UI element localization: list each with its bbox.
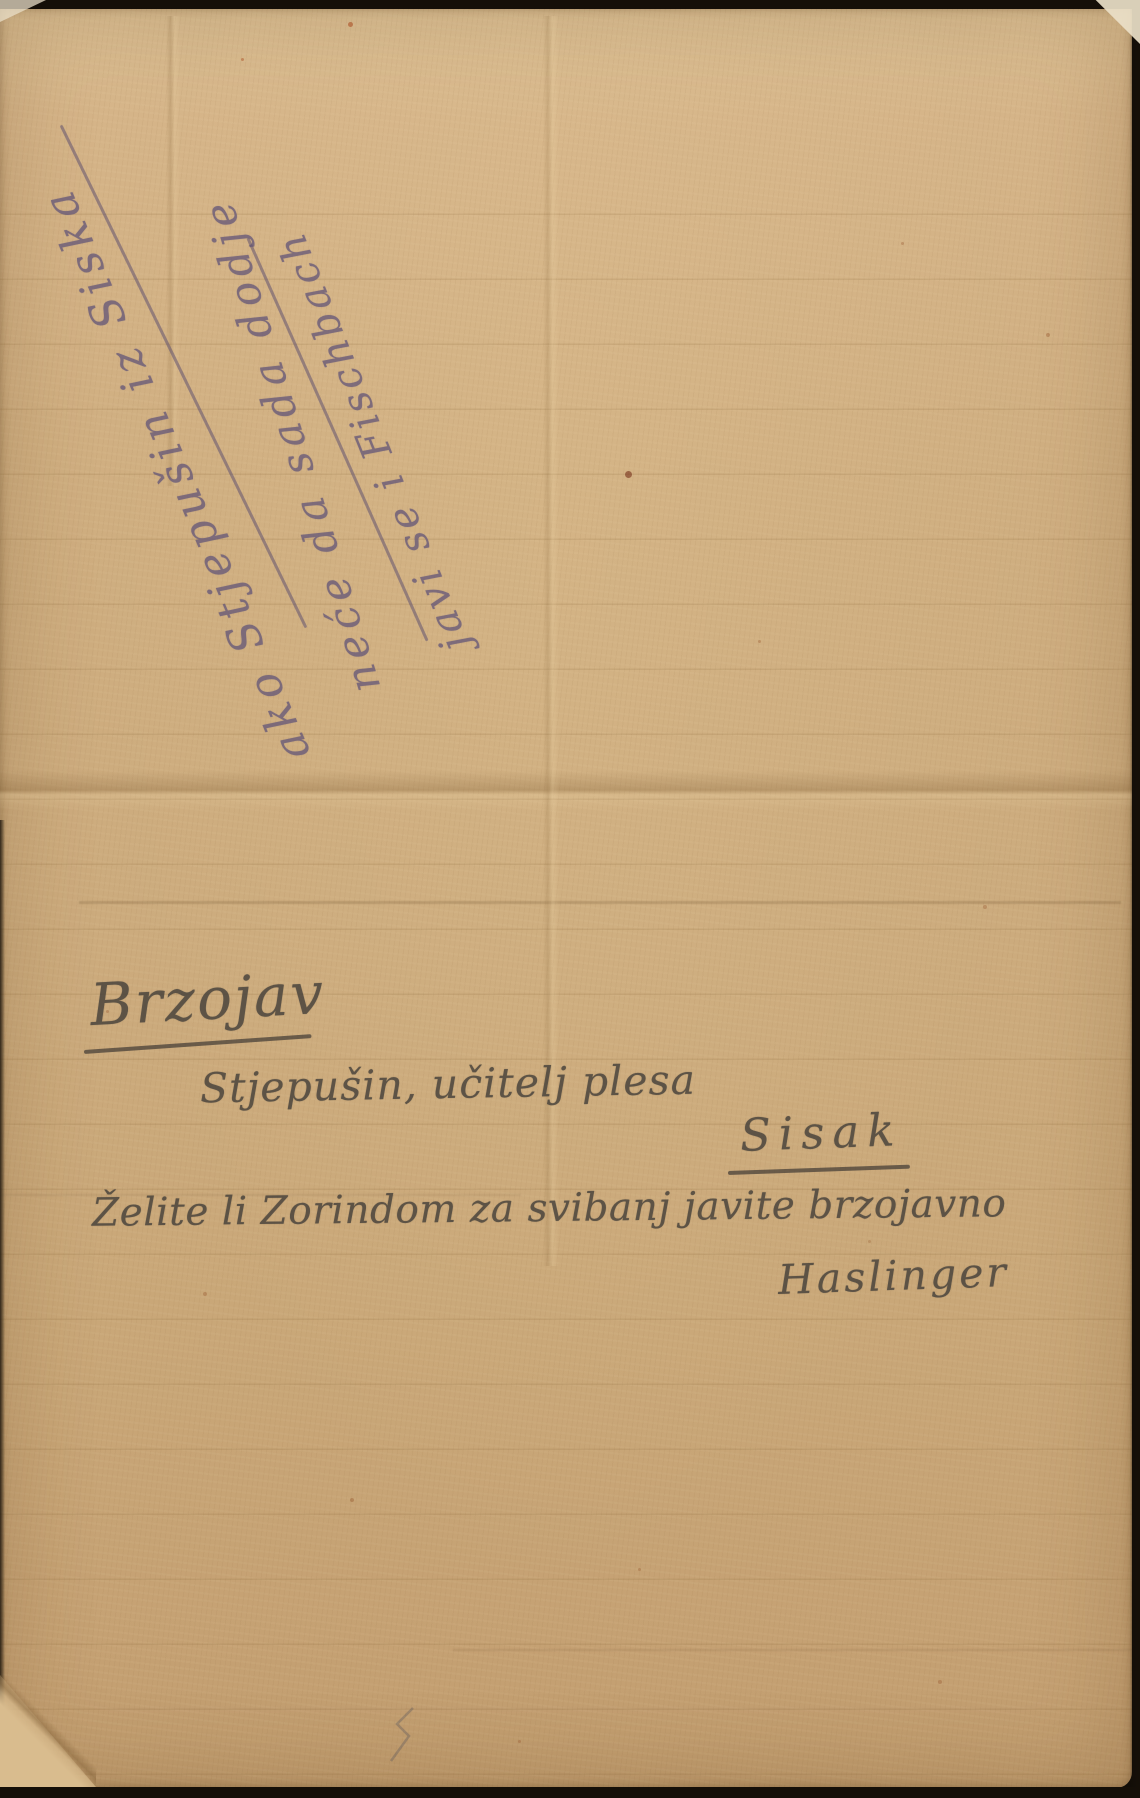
foxing-spot [203,1292,207,1296]
foxing-spot [1046,333,1050,337]
foxing-spot [638,1568,641,1571]
telegram-place: Sisak [739,1103,903,1162]
foxing-spot [348,22,353,27]
telegram-recipient: Stjepušin, učitelj plesa [200,1056,697,1113]
telegram-place-underline [728,1165,910,1175]
pencil-scribble [383,1706,423,1764]
foxing-spot [901,242,904,245]
foxing-spot [938,1680,942,1684]
scan-edge-bottom [0,1787,1140,1798]
paper-sheet: ako Stjepušin iz Siska neće da sada dodj… [0,8,1132,1788]
foxing-spot [625,471,632,478]
horizontal-fold-crease [0,770,1132,810]
foxing-spot [758,640,761,643]
horizontal-crease [453,1649,1132,1651]
telegram-signature: Haslinger [777,1248,1010,1304]
foxing-spot [868,1240,871,1243]
foxing-spot [983,905,987,909]
foxing-spot [350,1498,354,1502]
foxing-spot [518,1740,521,1743]
horizontal-crease [79,901,1120,904]
foxing-spot [241,58,244,61]
telegram-heading: Brzojav [88,959,326,1039]
scanned-document-page: { "document": { "kind": "handwritten tel… [0,0,1140,1798]
telegram-message: Želite li Zorindom za svibanj javite brz… [92,1181,1007,1236]
